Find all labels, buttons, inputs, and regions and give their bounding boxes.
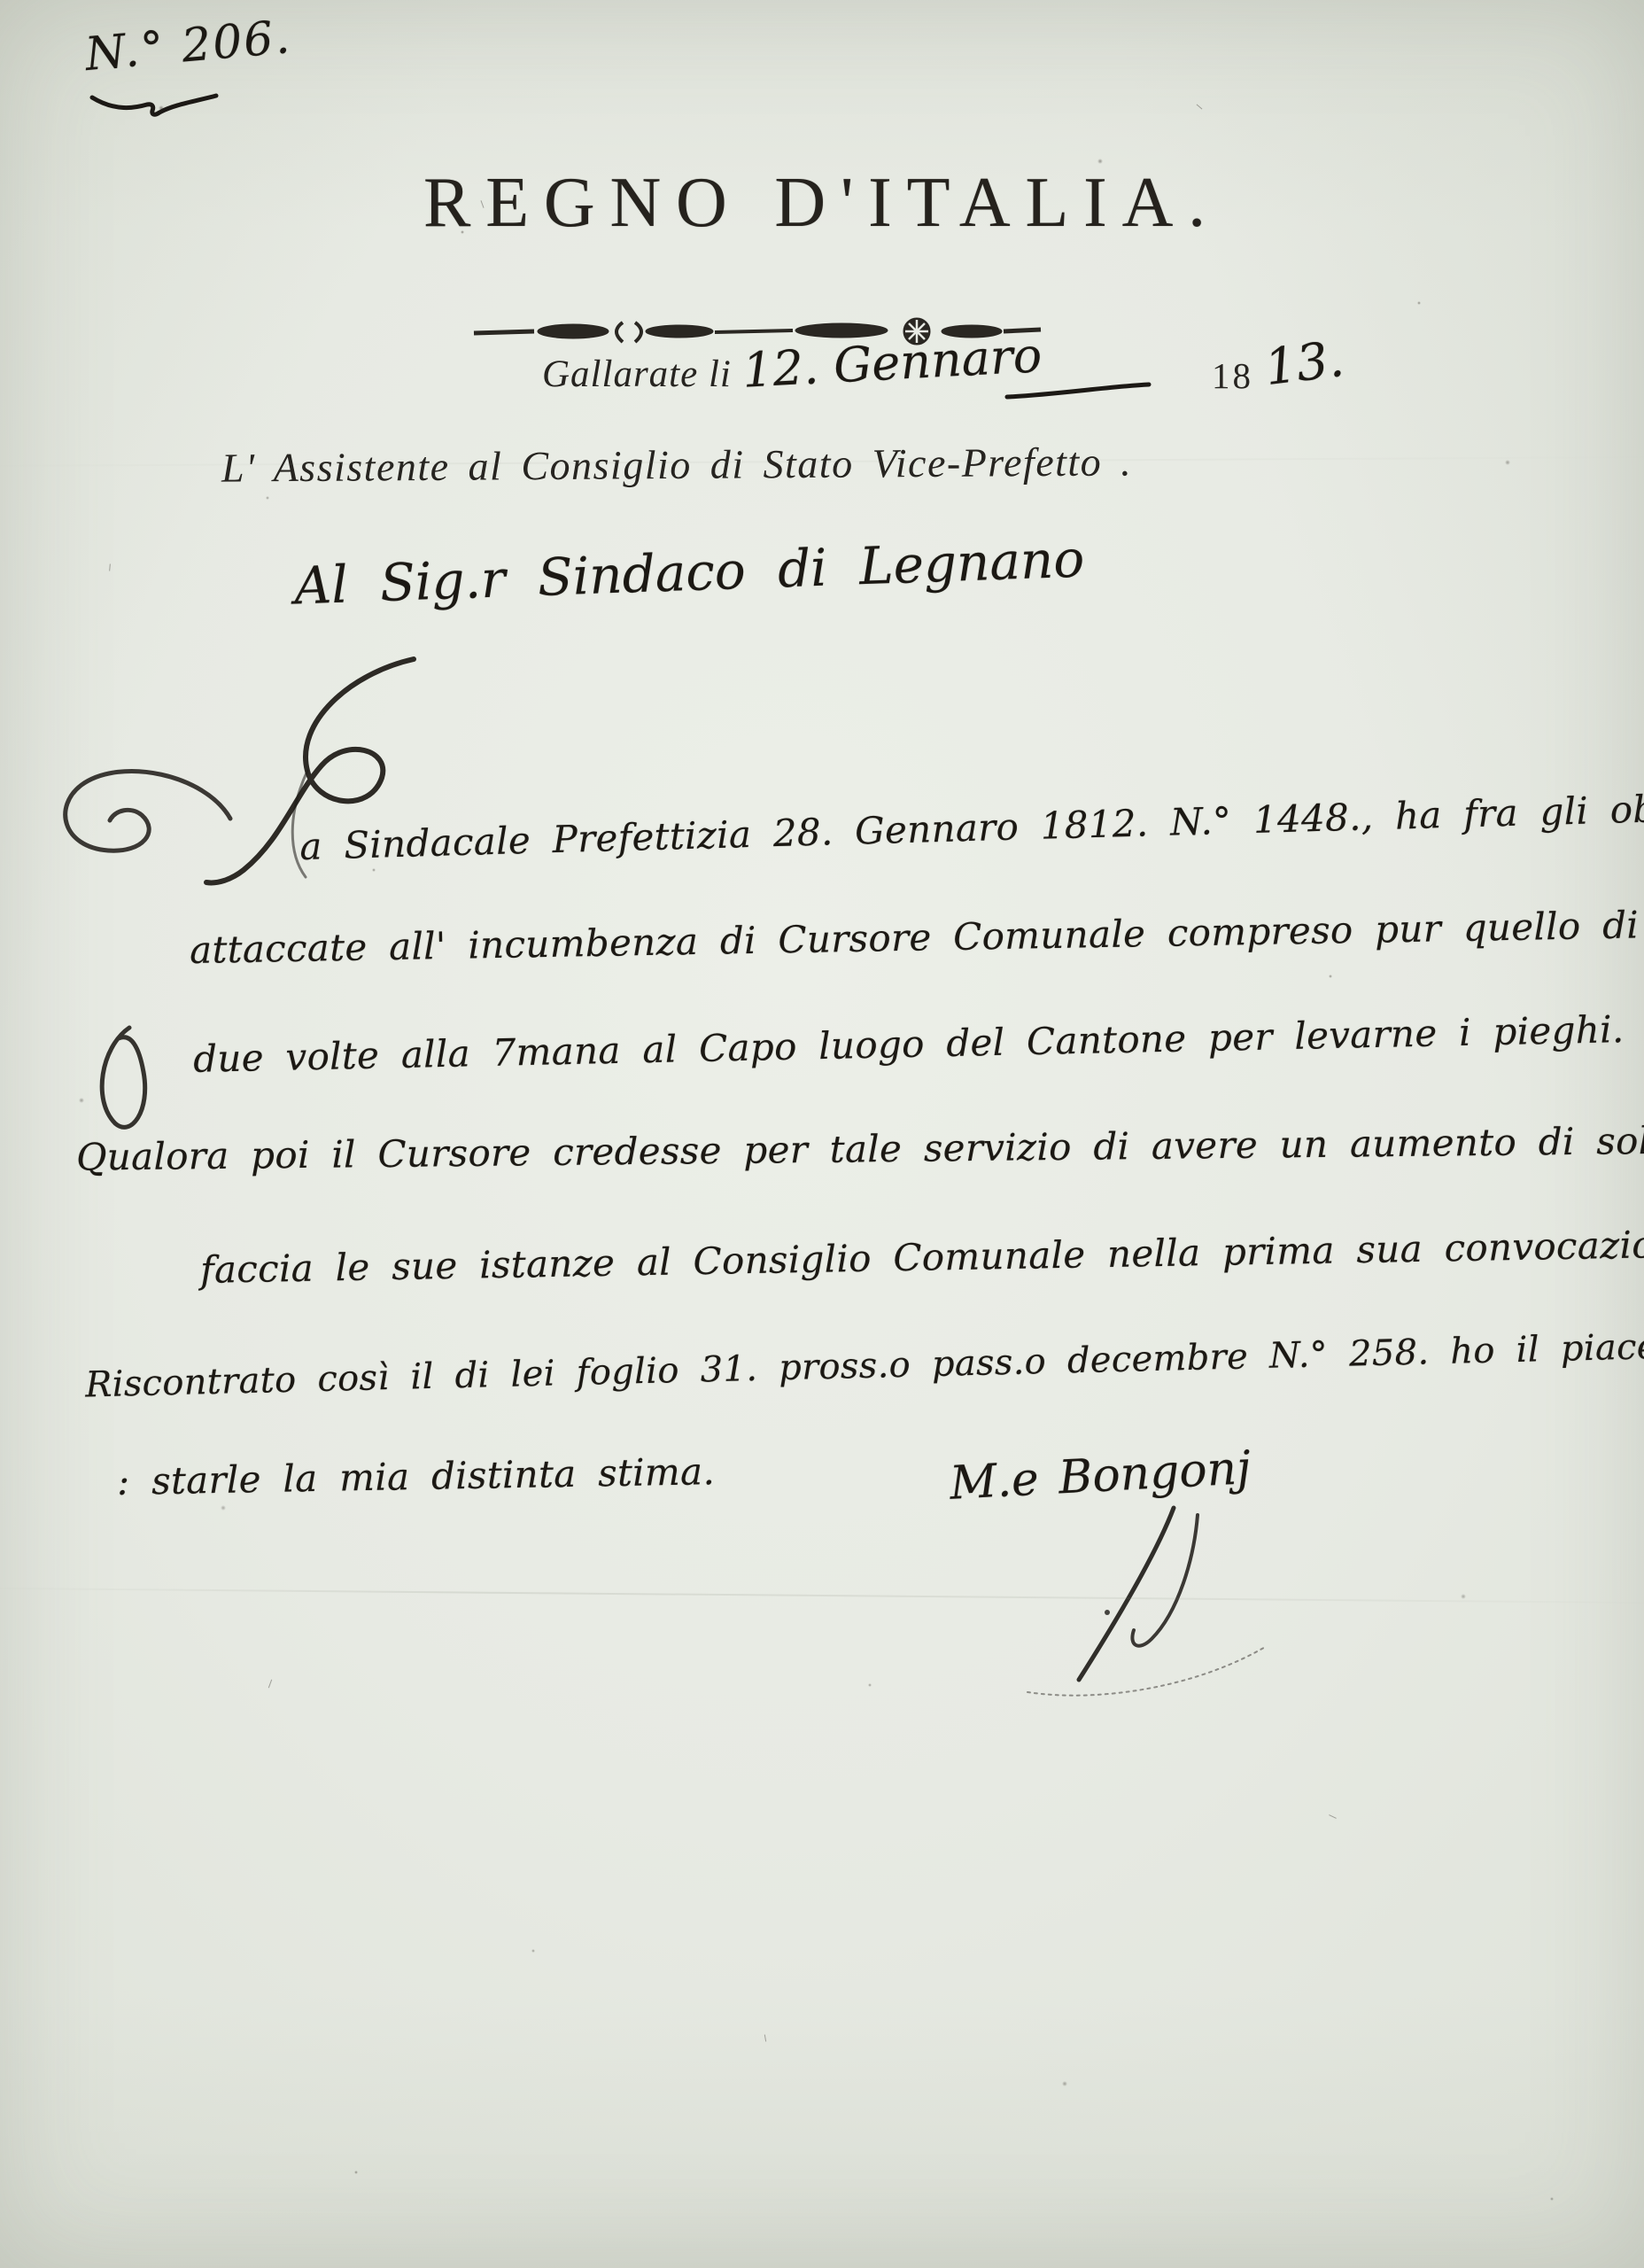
body-line-4: Qualora poi il Cursore credesse per tale…	[76, 1118, 1644, 1178]
paper-speck	[764, 2034, 766, 2041]
body-line-2: attaccate all' incumbenza di Cursore Com…	[190, 900, 1644, 972]
body-line-7: : starle la mia distinta stima.	[117, 1449, 716, 1503]
signature-flourish	[965, 1506, 1284, 1719]
dateline-year-handwritten: 13.	[1261, 330, 1346, 397]
sender-line: L' Assistente al Consiglio di Stato Vice…	[221, 438, 1133, 491]
recipient-line: Al Sig.r Sindaco di Legnano	[293, 528, 1085, 616]
body-line-3: due volte alla 7mana al Capo luogo del C…	[193, 1007, 1625, 1081]
paper-speck	[1329, 1814, 1337, 1819]
signature: M.e Bongonj	[949, 1441, 1252, 1511]
letter-paper: N.° 206. REGNO D'ITALIA. Gallarate li	[0, 0, 1644, 2268]
body-line-1: a Sindacale Prefettizia 28. Gennaro 1812…	[299, 784, 1644, 868]
paper-speck	[268, 1680, 272, 1689]
dateline-century-printed: 18	[1212, 354, 1253, 397]
paper-speck	[109, 563, 111, 571]
paper-crease	[0, 1587, 1644, 1604]
dateline-place-printed: Gallarate li	[542, 353, 732, 396]
margin-flourish-oval	[92, 1026, 163, 1132]
margin-flourish-top	[46, 755, 237, 874]
body-line-5: faccia le sue istanze al Consiglio Comun…	[200, 1222, 1644, 1292]
doc-number: N.° 206.	[83, 11, 293, 82]
paper-speck	[1197, 105, 1203, 110]
doc-number-flourish	[89, 89, 221, 124]
masthead-title: REGNO D'ITALIA.	[0, 163, 1644, 244]
body-line-6: Riscontrato così il di lei foglio 31. pr…	[85, 1322, 1644, 1406]
dateline-dash-stroke	[1005, 379, 1152, 400]
